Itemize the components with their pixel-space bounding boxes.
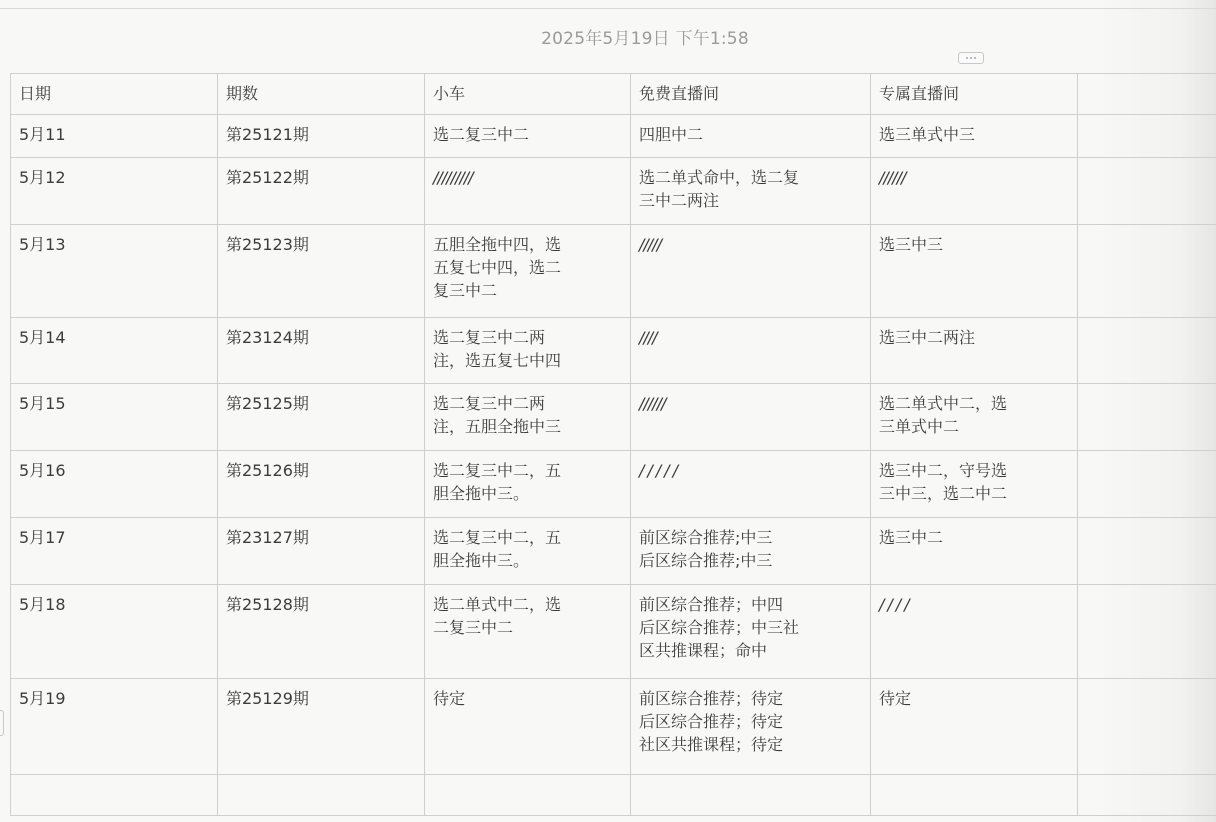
top-divider xyxy=(0,8,1216,9)
table-header-row: 日期 期数 小车 免费直播间 专属直播间 xyxy=(11,74,1216,115)
cell-date[interactable]: 5月14 xyxy=(11,318,218,384)
cell-date[interactable]: 5月16 xyxy=(11,451,218,518)
cell-xiaoche[interactable]: 选二复三中二两 注，选五复七中四 xyxy=(425,318,631,384)
cell-date[interactable]: 5月15 xyxy=(11,384,218,451)
table-row: 5月18 第25128期 选二单式中二，选 二复三中二 前区综合推荐；中四 后区… xyxy=(11,585,1216,679)
ellipsis-icon[interactable] xyxy=(958,52,984,64)
column-header-date[interactable]: 日期 xyxy=(11,74,218,115)
cell-free-live[interactable]: ///// xyxy=(631,225,871,318)
cell-xiaoche[interactable]: 待定 xyxy=(425,679,631,775)
cell-free-live[interactable]: 选二单式命中，选二复 三中二两注 xyxy=(631,158,871,225)
table-row: 5月14 第23124期 选二复三中二两 注，选五复七中四 //// 选三中二两… xyxy=(11,318,1216,384)
cell-date[interactable]: 5月18 xyxy=(11,585,218,679)
cell-xiaoche[interactable]: 五胆全拖中四，选 五复七中四，选二 复三中二 xyxy=(425,225,631,318)
cell-date[interactable]: 5月17 xyxy=(11,518,218,585)
cell-extra[interactable] xyxy=(1078,115,1216,158)
table-row: 5月11 第25121期 选二复三中二 四胆中二 选三单式中三 xyxy=(11,115,1216,158)
cell-exclusive-live[interactable]: 待定 xyxy=(871,679,1078,775)
cell-free-live[interactable]: 四胆中二 xyxy=(631,115,871,158)
cell-exclusive-live[interactable] xyxy=(871,775,1078,816)
cell-issue[interactable]: 第23127期 xyxy=(218,518,425,585)
cell-date[interactable]: 5月11 xyxy=(11,115,218,158)
cell-xiaoche[interactable]: 选二复三中二，五 胆全拖中三。 xyxy=(425,518,631,585)
table-row: 5月15 第25125期 选二复三中二两 注，五胆全拖中三 ////// 选二单… xyxy=(11,384,1216,451)
cell-exclusive-live[interactable]: 选二单式中二，选 三单式中二 xyxy=(871,384,1078,451)
cell-issue[interactable] xyxy=(218,775,425,816)
cell-date[interactable]: 5月19 xyxy=(11,679,218,775)
cell-exclusive-live[interactable]: 选三中二，守号选 三中三，选二中二 xyxy=(871,451,1078,518)
cell-issue[interactable]: 第25129期 xyxy=(218,679,425,775)
cell-extra[interactable] xyxy=(1078,384,1216,451)
cell-extra[interactable] xyxy=(1078,679,1216,775)
row-handle[interactable] xyxy=(0,710,4,736)
column-header-xiaoche[interactable]: 小车 xyxy=(425,74,631,115)
cell-xiaoche[interactable]: 选二单式中二，选 二复三中二 xyxy=(425,585,631,679)
cell-date[interactable]: 5月12 xyxy=(11,158,218,225)
cell-free-live[interactable] xyxy=(631,775,871,816)
cell-issue[interactable]: 第25122期 xyxy=(218,158,425,225)
note-timestamp: 2025年5月19日 下午1:58 xyxy=(0,24,1216,49)
table-row: 5月12 第25122期 ///////// 选二单式命中，选二复 三中二两注 … xyxy=(11,158,1216,225)
cell-issue[interactable]: 第25125期 xyxy=(218,384,425,451)
cell-exclusive-live[interactable]: 选三中三 xyxy=(871,225,1078,318)
cell-issue[interactable]: 第25121期 xyxy=(218,115,425,158)
table-row: 5月17 第23127期 选二复三中二，五 胆全拖中三。 前区综合推荐;中三 后… xyxy=(11,518,1216,585)
cell-xiaoche[interactable]: 选二复三中二，五 胆全拖中三。 xyxy=(425,451,631,518)
cell-date[interactable] xyxy=(11,775,218,816)
cell-issue[interactable]: 第23124期 xyxy=(218,318,425,384)
cell-extra[interactable] xyxy=(1078,318,1216,384)
cell-date[interactable]: 5月13 xyxy=(11,225,218,318)
lottery-table: 日期 期数 小车 免费直播间 专属直播间 5月11 第25121期 选二复三中二… xyxy=(10,73,1216,816)
column-header-issue[interactable]: 期数 xyxy=(218,74,425,115)
cell-free-live[interactable]: 前区综合推荐；中四 后区综合推荐；中三社 区共推课程；命中 xyxy=(631,585,871,679)
cell-exclusive-live[interactable]: 选三单式中三 xyxy=(871,115,1078,158)
cell-issue[interactable]: 第25128期 xyxy=(218,585,425,679)
table-row: 5月13 第25123期 五胆全拖中四，选 五复七中四，选二 复三中二 ////… xyxy=(11,225,1216,318)
cell-issue[interactable]: 第25123期 xyxy=(218,225,425,318)
cell-exclusive-live[interactable]: 选三中二 xyxy=(871,518,1078,585)
cell-free-live[interactable]: //// xyxy=(631,318,871,384)
cell-exclusive-live[interactable]: //// xyxy=(871,585,1078,679)
column-header-free-live[interactable]: 免费直播间 xyxy=(631,74,871,115)
table-row: 5月16 第25126期 选二复三中二，五 胆全拖中三。 ///// 选三中二，… xyxy=(11,451,1216,518)
cell-extra[interactable] xyxy=(1078,158,1216,225)
cell-xiaoche[interactable]: 选二复三中二 xyxy=(425,115,631,158)
cell-extra[interactable] xyxy=(1078,225,1216,318)
cell-extra[interactable] xyxy=(1078,451,1216,518)
cell-xiaoche[interactable] xyxy=(425,775,631,816)
note-page: 2025年5月19日 下午1:58 日期 期数 小车 免费直播间 专属直播间 5… xyxy=(0,0,1216,822)
cell-xiaoche[interactable]: 选二复三中二两 注，五胆全拖中三 xyxy=(425,384,631,451)
table-row-empty xyxy=(11,775,1216,816)
cell-exclusive-live[interactable]: ////// xyxy=(871,158,1078,225)
cell-free-live[interactable]: ///// xyxy=(631,451,871,518)
cell-issue[interactable]: 第25126期 xyxy=(218,451,425,518)
cell-extra[interactable] xyxy=(1078,518,1216,585)
cell-extra[interactable] xyxy=(1078,775,1216,816)
table-row: 5月19 第25129期 待定 前区综合推荐；待定 后区综合推荐；待定 社区共推… xyxy=(11,679,1216,775)
column-header-extra[interactable] xyxy=(1078,74,1216,115)
cell-free-live[interactable]: 前区综合推荐；待定 后区综合推荐；待定 社区共推课程；待定 xyxy=(631,679,871,775)
cell-free-live[interactable]: ////// xyxy=(631,384,871,451)
cell-extra[interactable] xyxy=(1078,585,1216,679)
column-header-exclusive-live[interactable]: 专属直播间 xyxy=(871,74,1078,115)
cell-free-live[interactable]: 前区综合推荐;中三 后区综合推荐;中三 xyxy=(631,518,871,585)
cell-exclusive-live[interactable]: 选三中二两注 xyxy=(871,318,1078,384)
cell-xiaoche[interactable]: ///////// xyxy=(425,158,631,225)
